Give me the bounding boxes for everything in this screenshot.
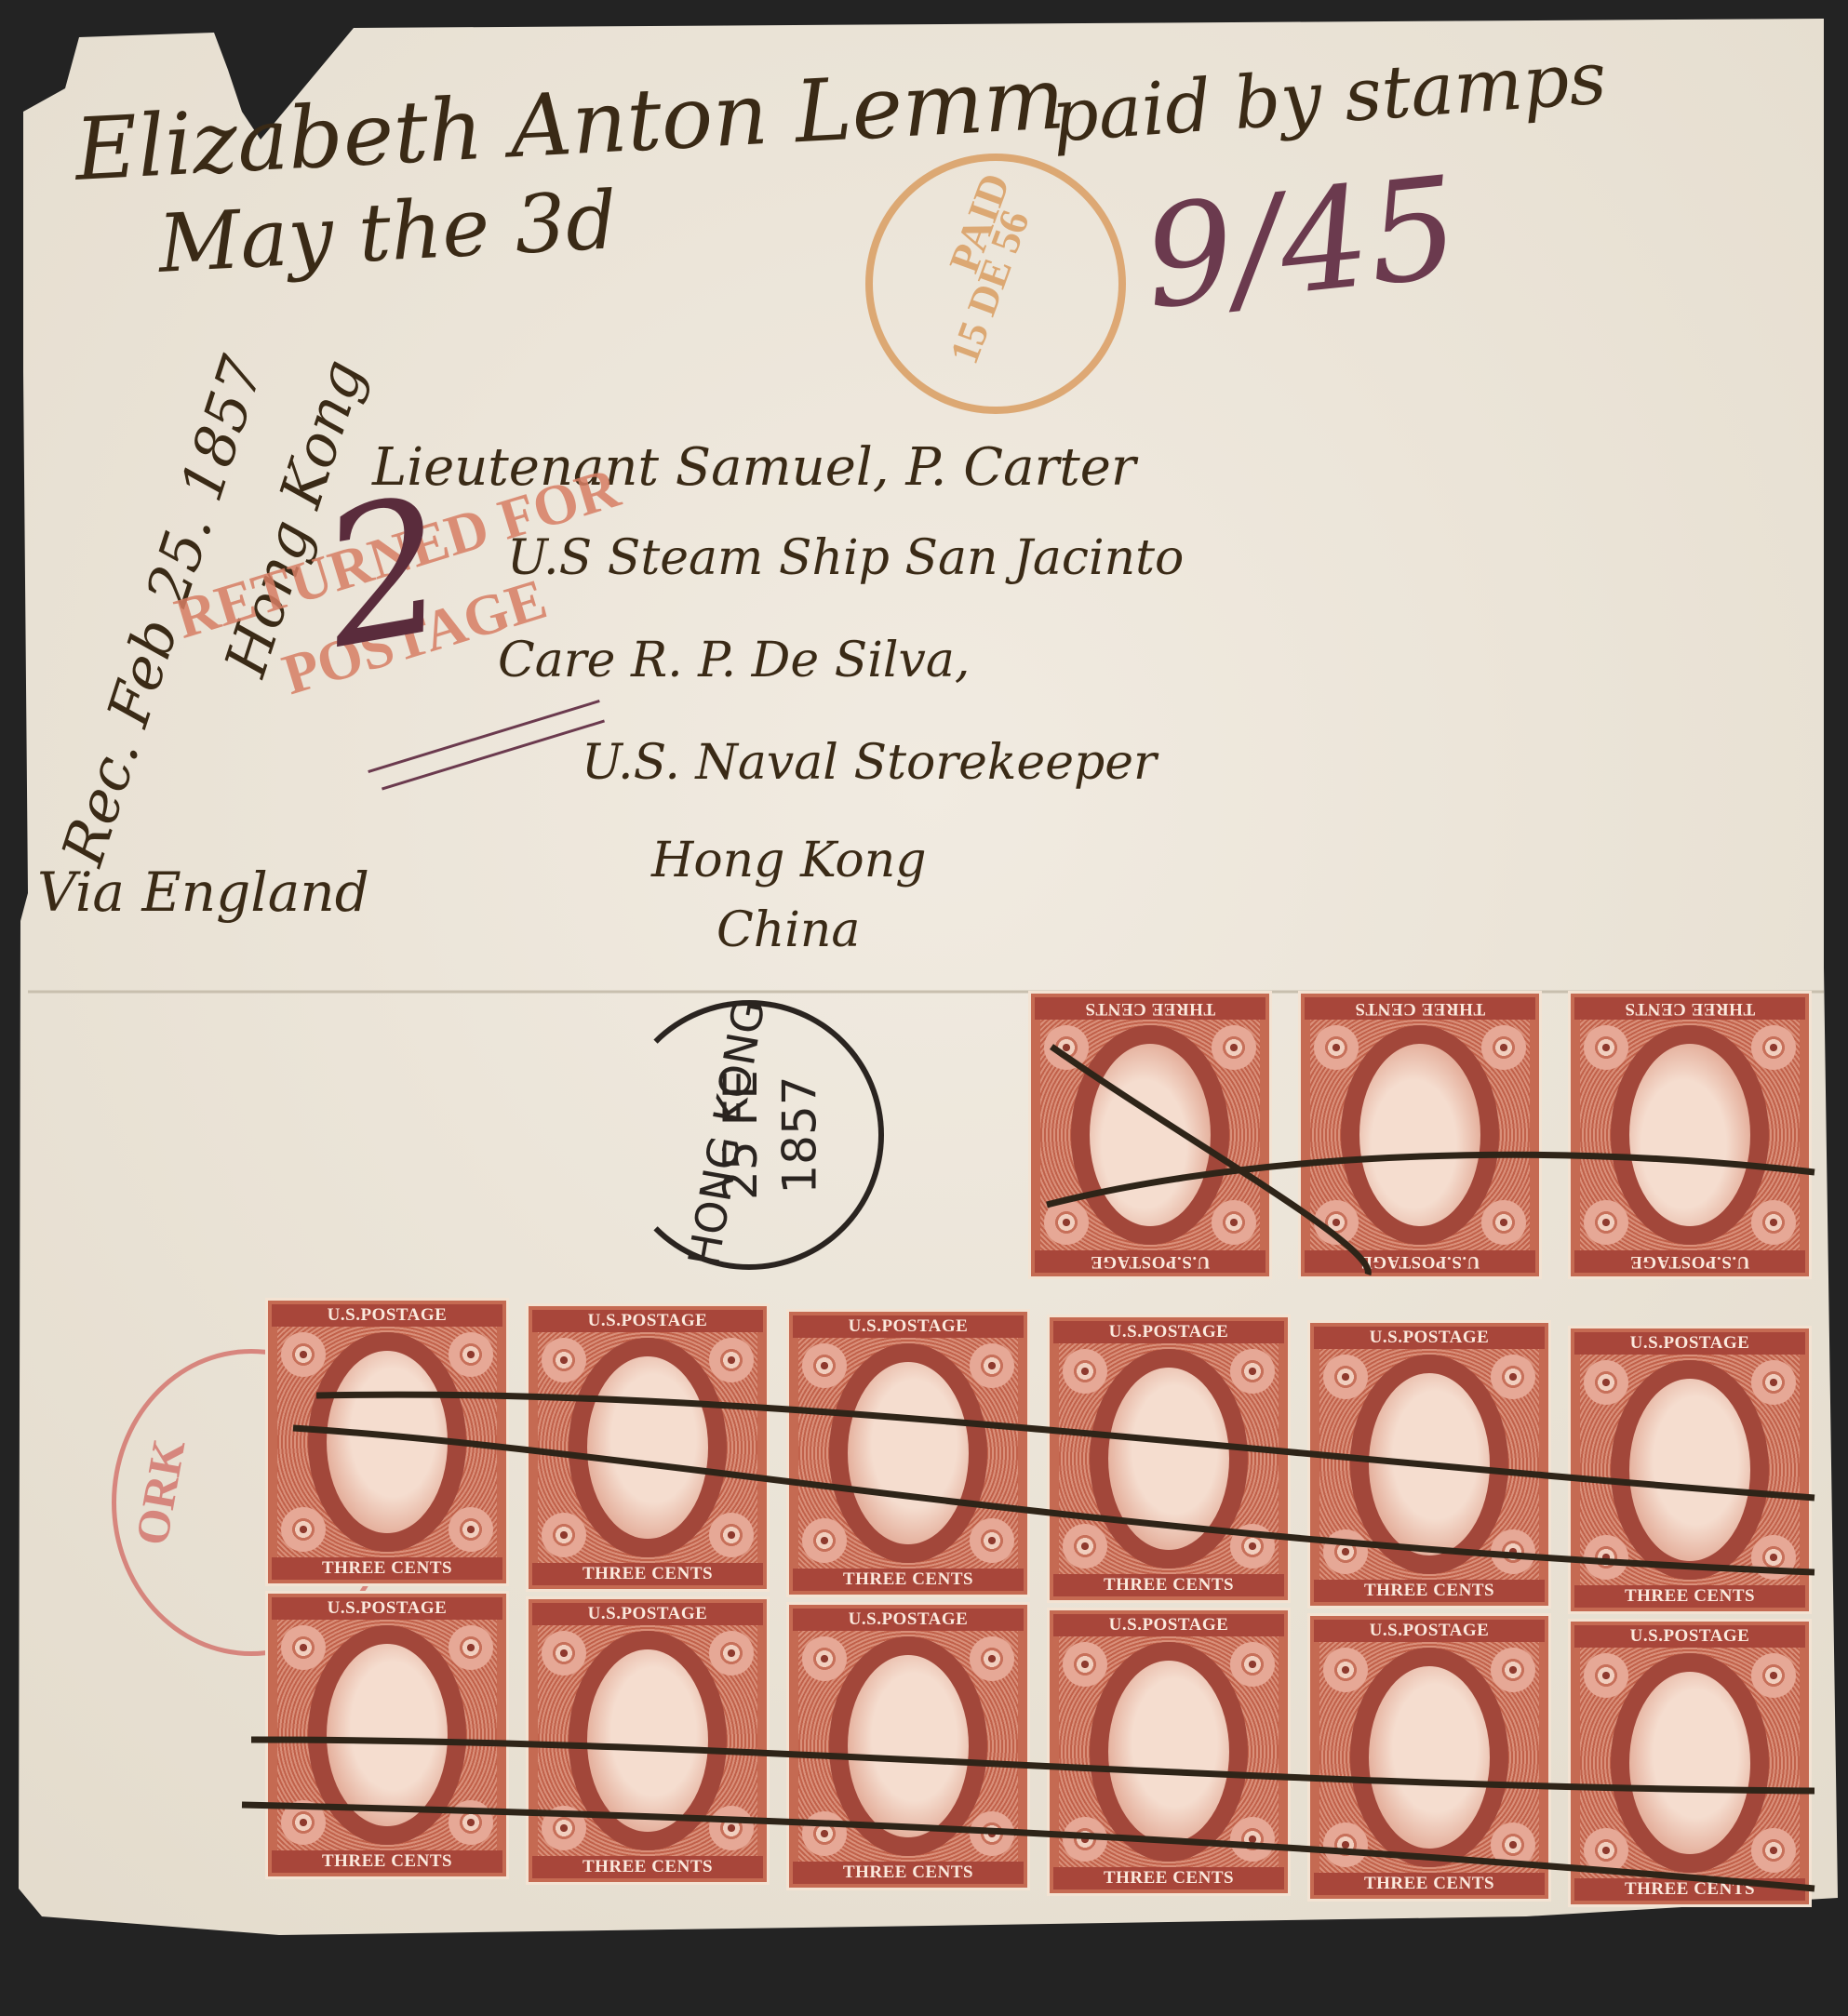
stamp-bottom-label: THREE CENTS (1053, 1574, 1284, 1596)
address-line-1: Lieutenant Samuel, P. Carter (372, 437, 1136, 498)
stamp-3-cents: U.S.POSTAGETHREE CENTS (1307, 1613, 1551, 1902)
washington-portrait (587, 1356, 708, 1539)
stamp-top-label: U.S.POSTAGE (1314, 1327, 1545, 1349)
stamp-top-label: U.S.POSTAGE (532, 1310, 763, 1332)
stamp-3-cents: U.S.POSTAGETHREE CENTS (786, 1309, 1030, 1597)
washington-portrait (1369, 1666, 1490, 1849)
hong-kong-postmark-year: 1857 (773, 1075, 827, 1194)
washington-portrait (1090, 1044, 1211, 1226)
hong-kong-postmark: HONG KONG 25 FE 1857 (614, 1000, 884, 1270)
stamp-top-label: U.S.POSTAGE (1053, 1321, 1284, 1343)
stamp-top-label: U.S.POSTAGE (1053, 1614, 1284, 1636)
address-line-3: Care R. P. De Silva, (498, 633, 970, 688)
stamp-3-cents: U.S.POSTAGETHREE CENTS (1047, 1315, 1291, 1603)
stamp-bottom-label: THREE CENTS (1314, 1580, 1545, 1602)
stamp-top-label: U.S.POSTAGE (1314, 1620, 1545, 1642)
stamp-top-label: U.S.POSTAGE (1305, 1250, 1535, 1273)
stamp-bottom-label: THREE CENTS (1574, 1878, 1805, 1901)
new-york-postmark-text: ORK (125, 1435, 196, 1549)
stamp-bottom-label: THREE CENTS (793, 1862, 1024, 1884)
stamp-bottom-label: THREE CENTS (793, 1569, 1024, 1591)
stamp-3-cents: U.S.POSTAGETHREE CENTS (786, 1602, 1030, 1890)
stamp-bottom-label: THREE CENTS (1574, 1585, 1805, 1608)
stamp-3-cents: U.S.POSTAGETHREE CENTS (265, 1591, 509, 1879)
stamp-3-cents: U.S.POSTAGETHREE CENTS (1568, 991, 1812, 1279)
stamp-3-cents: U.S.POSTAGETHREE CENTS (1028, 991, 1272, 1279)
stamp-top-label: U.S.POSTAGE (272, 1597, 502, 1620)
stamp-3-cents: U.S.POSTAGETHREE CENTS (526, 1303, 770, 1592)
washington-portrait (1629, 1379, 1750, 1561)
stamp-top-label: U.S.POSTAGE (793, 1609, 1024, 1631)
stamp-3-cents: U.S.POSTAGETHREE CENTS (265, 1298, 509, 1586)
hong-kong-postmark-date: 25 FE (714, 1070, 768, 1200)
stamp-bottom-label: THREE CENTS (532, 1856, 763, 1878)
address-line-2: U.S Steam Ship San Jacinto (507, 530, 1184, 586)
washington-portrait (1629, 1044, 1750, 1226)
stamp-3-cents: U.S.POSTAGETHREE CENTS (1298, 991, 1542, 1279)
stamp-top-label: U.S.POSTAGE (1574, 1332, 1805, 1355)
stamp-bottom-label: THREE CENTS (1305, 997, 1535, 1020)
stamp-bottom-label: THREE CENTS (1314, 1873, 1545, 1895)
washington-portrait (1369, 1373, 1490, 1555)
stamp-bottom-label: THREE CENTS (1035, 997, 1265, 1020)
stamp-top-label: U.S.POSTAGE (1574, 1625, 1805, 1648)
stamp-3-cents: U.S.POSTAGETHREE CENTS (1307, 1320, 1551, 1609)
stamp-3-cents: U.S.POSTAGETHREE CENTS (526, 1596, 770, 1885)
address-line-6: China (716, 902, 860, 958)
washington-portrait (1108, 1661, 1229, 1843)
routing-note: Via England (37, 861, 369, 924)
washington-portrait (587, 1649, 708, 1832)
address-line-5: Hong Kong (651, 833, 927, 888)
stamp-3-cents: U.S.POSTAGETHREE CENTS (1568, 1619, 1812, 1907)
stamp-bottom-label: THREE CENTS (1053, 1867, 1284, 1889)
washington-portrait (1629, 1672, 1750, 1854)
stamp-top-label: U.S.POSTAGE (1574, 1250, 1805, 1273)
washington-portrait (327, 1644, 448, 1826)
stamp-top-label: U.S.POSTAGE (532, 1603, 763, 1625)
paid-postmark: PAID 15 DE 56 (865, 154, 1126, 414)
stamp-bottom-label: THREE CENTS (1574, 997, 1805, 1020)
washington-portrait (848, 1362, 969, 1544)
rate-marking: 9/45 (1137, 147, 1466, 340)
stamp-top-label: U.S.POSTAGE (272, 1304, 502, 1327)
washington-portrait (1359, 1044, 1480, 1226)
address-line-4: U.S. Naval Storekeeper (582, 735, 1157, 791)
washington-portrait (1108, 1368, 1229, 1550)
stamp-3-cents: U.S.POSTAGETHREE CENTS (1047, 1608, 1291, 1896)
stamp-bottom-label: THREE CENTS (272, 1850, 502, 1873)
washington-portrait (848, 1655, 969, 1837)
stamp-bottom-label: THREE CENTS (532, 1563, 763, 1585)
stamp-bottom-label: THREE CENTS (272, 1557, 502, 1580)
stamp-top-label: U.S.POSTAGE (1035, 1250, 1265, 1273)
stamp-top-label: U.S.POSTAGE (793, 1315, 1024, 1338)
stamp-3-cents: U.S.POSTAGETHREE CENTS (1568, 1326, 1812, 1614)
washington-portrait (327, 1351, 448, 1533)
